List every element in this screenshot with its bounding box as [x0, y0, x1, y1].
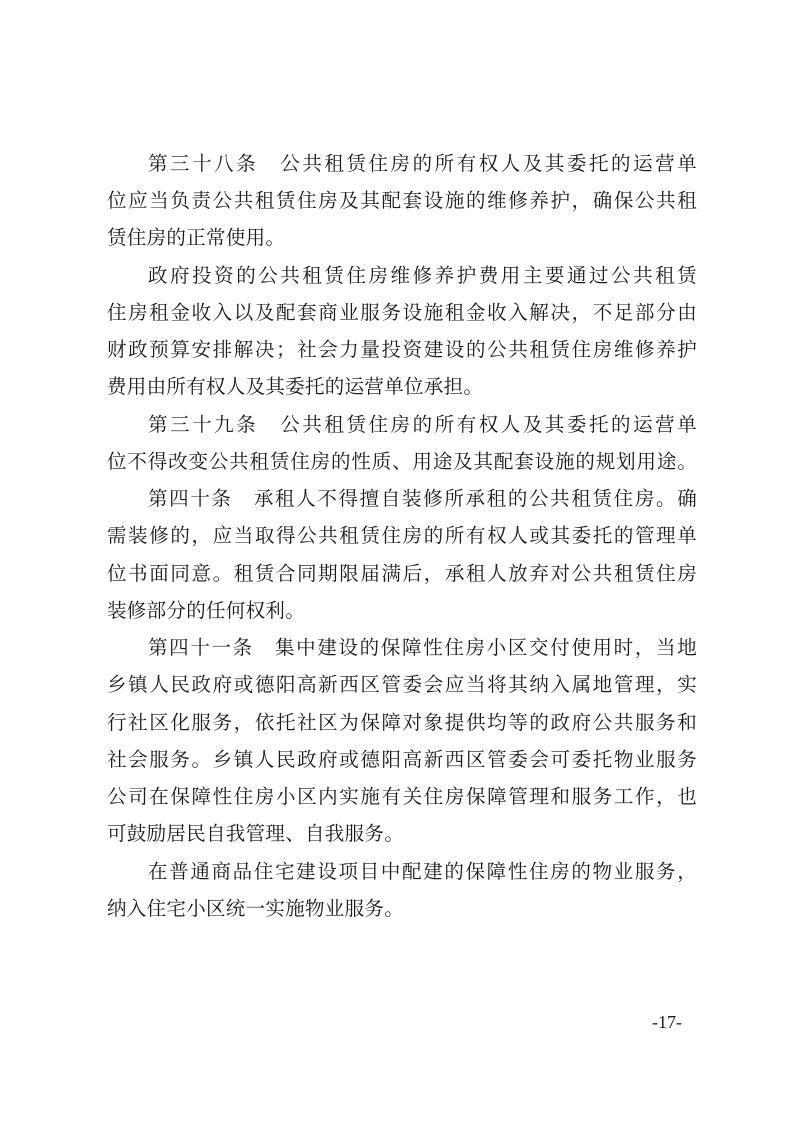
- text-line: 赁住房的正常使用。: [107, 219, 697, 256]
- text-line: 纳入住宅小区统一实施物业服务。: [107, 890, 697, 927]
- text-line: 行社区化服务，依托社区为保障对象提供均等的政府公共服务和: [107, 704, 697, 741]
- text-line: 装修部分的任何权利。: [107, 592, 697, 629]
- page-number: -17-: [652, 1012, 682, 1033]
- text-line: 乡镇人民政府或德阳高新西区管委会应当将其纳入属地管理，实: [107, 666, 697, 703]
- text-line: 在普通商品住宅建设项目中配建的保障性住房的物业服务，: [148, 853, 697, 890]
- text-line: 需装修的，应当取得公共租赁住房的所有权人或其委托的管理单: [107, 517, 697, 554]
- text-line: 费用由所有权人及其委托的运营单位承担。: [107, 368, 697, 405]
- text-line: 住房租金收入以及配套商业服务设施租金收入解决，不足部分由: [107, 294, 697, 331]
- text-line: 位书面同意。租赁合同期限届满后，承租人放弃对公共租赁住房: [107, 555, 697, 592]
- text-line: 可鼓励居民自我管理、自我服务。: [107, 815, 697, 852]
- text-line: 财政预算安排解决；社会力量投资建设的公共租赁住房维修养护: [107, 331, 697, 368]
- text-line: 第三十九条 公共租赁住房的所有权人及其委托的运营单: [148, 406, 697, 443]
- text-line: 位不得改变公共租赁住房的性质、用途及其配套设施的规划用途。: [107, 443, 697, 480]
- text-line: 第三十八条 公共租赁住房的所有权人及其委托的运营单: [148, 145, 697, 182]
- document-page: 第三十八条 公共租赁住房的所有权人及其委托的运营单 位应当负责公共租赁住房及其配…: [0, 0, 793, 1122]
- text-line: 第四十条 承租人不得擅自装修所承租的公共租赁住房。确: [148, 480, 697, 517]
- text-line: 位应当负责公共租赁住房及其配套设施的维修养护，确保公共租: [107, 182, 697, 219]
- text-line: 社会服务。乡镇人民政府或德阳高新西区管委会可委托物业服务: [107, 741, 697, 778]
- text-line: 政府投资的公共租赁住房维修养护费用主要通过公共租赁: [148, 257, 697, 294]
- text-line: 公司在保障性住房小区内实施有关住房保障管理和服务工作，也: [107, 778, 697, 815]
- text-line: 第四十一条 集中建设的保障性住房小区交付使用时，当地: [148, 629, 697, 666]
